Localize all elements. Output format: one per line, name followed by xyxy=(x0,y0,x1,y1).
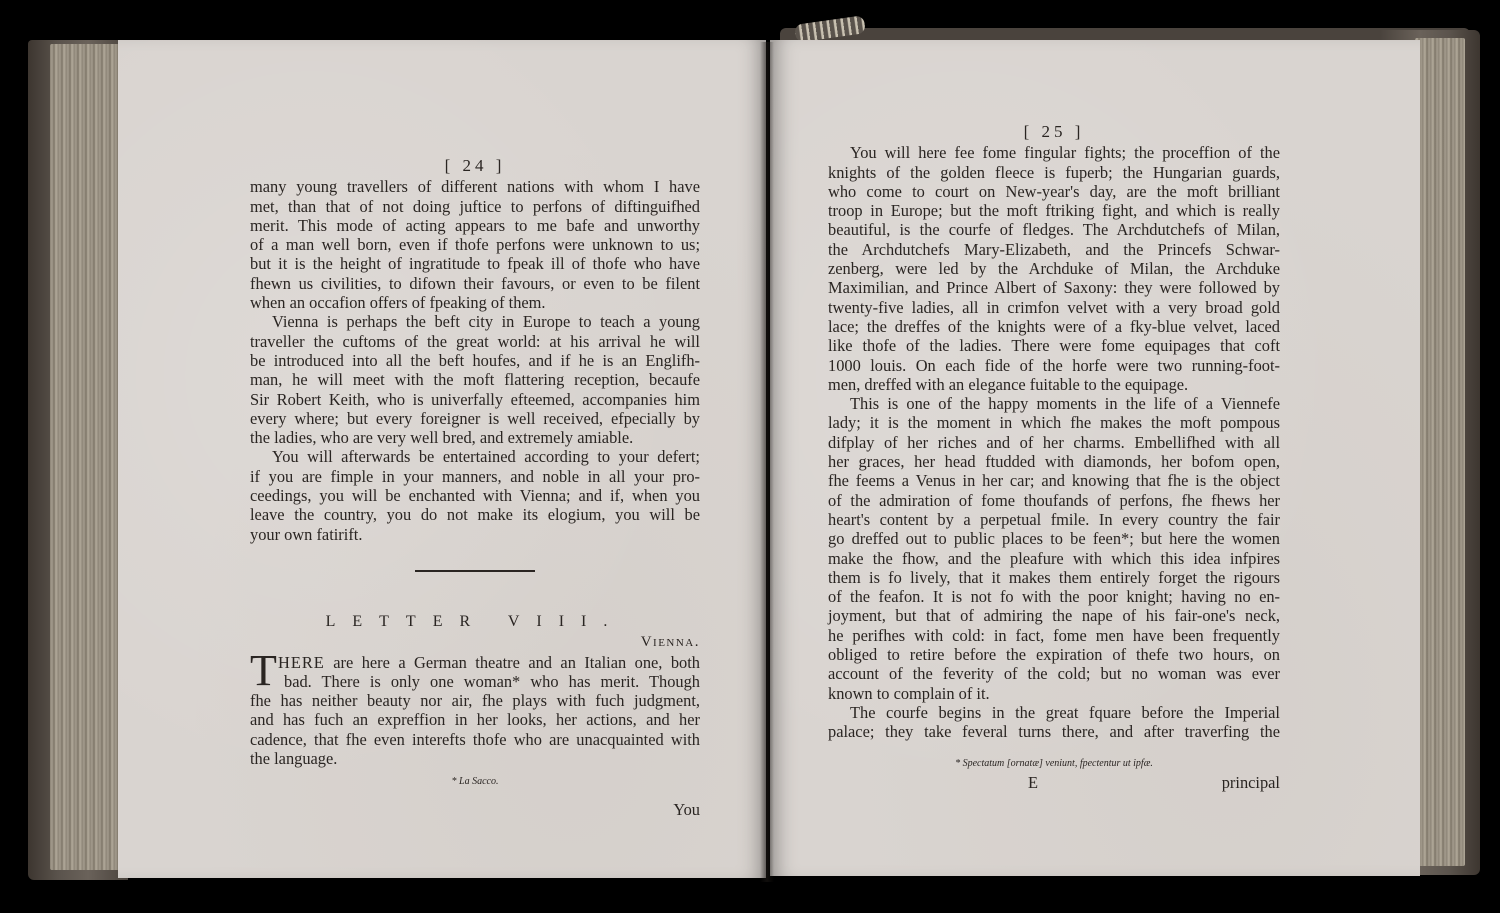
text-line: You will here fee fome fingular fights; … xyxy=(828,143,1280,162)
paragraph: You will afterwards be entertained accor… xyxy=(250,447,700,543)
text-line: difplay of her riches and of her charms.… xyxy=(828,433,1280,452)
letter-paragraph: T HERE are here a German theatre and an … xyxy=(250,653,700,769)
first-word: HERE xyxy=(278,653,325,672)
page-foot: E principal xyxy=(828,773,1280,792)
text-line: go dreffed out to public places to be fe… xyxy=(828,529,1280,548)
text-line: them is fo lively, that it makes them en… xyxy=(828,568,1280,587)
text-fragment: are here a German theatre and an Italian… xyxy=(333,653,700,672)
text-line: troop in Europe; but the moft ftriking f… xyxy=(828,201,1280,220)
text-line: lady; it is the moment in which fhe make… xyxy=(828,413,1280,432)
page-block-edge-left xyxy=(50,44,120,870)
paragraph: Vienna is perhaps the beft city in Europ… xyxy=(250,312,700,447)
text-line: lace; the dreffes of the knights were of… xyxy=(828,317,1280,336)
text-line: fhe has neither beauty nor air, fhe play… xyxy=(250,691,700,710)
left-page-text: [ 24 ] many young travellers of differen… xyxy=(250,156,700,819)
text-line: merit. This mode of acting appears to me… xyxy=(250,216,700,235)
text-line: he perifhes with cold: in fact, fome men… xyxy=(828,626,1280,645)
text-line: the ladies, who are very well bred, and … xyxy=(250,428,700,447)
text-line: 1000 louis. On each fide of the horfe we… xyxy=(828,356,1280,375)
text-line: You will afterwards be entertained accor… xyxy=(250,447,700,466)
page-number-right: [ 25 ] xyxy=(828,122,1280,141)
text-line: cadence, that fhe even interefts thofe w… xyxy=(250,730,700,749)
signature-mark: E xyxy=(1028,773,1038,792)
letter-place: Vienna. xyxy=(250,633,700,652)
text-line: traveller the cuftoms of the great world… xyxy=(250,332,700,351)
text-line: beautiful, is the courfe of fledges. The… xyxy=(828,220,1280,239)
section-divider xyxy=(415,570,535,572)
text-line: The courfe begins in the great fquare be… xyxy=(828,703,1280,722)
text-line: knights of the golden fleece is fuperb; … xyxy=(828,163,1280,182)
text-line: every where; but every foreigner is well… xyxy=(250,409,700,428)
catchword: You xyxy=(250,800,700,819)
text-line: known to complain of it. xyxy=(828,684,1280,703)
text-line: heart's content by a perpetual fmile. In… xyxy=(828,510,1280,529)
right-page: [ 25 ] You will here fee fome fingular f… xyxy=(770,40,1420,876)
page-block-edge-right xyxy=(1415,38,1465,866)
text-line: Maximilian, and Prince Albert of Saxony:… xyxy=(828,278,1280,297)
text-line: who come to court on New-year's day, are… xyxy=(828,182,1280,201)
catchword: principal xyxy=(1222,773,1280,792)
text-line: met, than that of not doing juftice to p… xyxy=(250,197,700,216)
text-line: many young travellers of different natio… xyxy=(250,177,700,196)
text-line: fhe feems a Venus in her car; and knowin… xyxy=(828,471,1280,490)
text-line: ceedings, you will be enchanted with Vie… xyxy=(250,486,700,505)
text-line: fhewn us civilities, to difown their fav… xyxy=(250,274,700,293)
page-number-left: [ 24 ] xyxy=(250,156,700,175)
text-line: the language. xyxy=(250,749,700,768)
text-line: twenty-five ladies, all in crimfon velve… xyxy=(828,298,1280,317)
text-line: obliged to retire before the expiration … xyxy=(828,645,1280,664)
paragraph: The courfe begins in the great fquare be… xyxy=(828,703,1280,742)
left-page: [ 24 ] many young travellers of differen… xyxy=(118,40,766,878)
text-line: when an occafion offers of fpeaking of t… xyxy=(250,293,700,312)
text-line: the Archdutchefs Mary-Elizabeth, and the… xyxy=(828,240,1280,259)
text-line: Vienna is perhaps the beft city in Europ… xyxy=(250,312,700,331)
text-line: HERE are here a German theatre and an It… xyxy=(250,653,700,672)
text-line: and has fuch an expreffion in her looks,… xyxy=(250,710,700,729)
text-line: of the admiration of fome thoufands of p… xyxy=(828,491,1280,510)
text-line: man, he will meet with the moft flatteri… xyxy=(250,370,700,389)
footnote: * Spectatum [ornatæ] veniunt, fpectentur… xyxy=(828,754,1280,773)
text-line: bad. There is only one woman* who has me… xyxy=(250,672,700,691)
text-line: men, dreffed with an elegance fuitable t… xyxy=(828,375,1280,394)
text-line: if you are fimple in your manners, and n… xyxy=(250,467,700,486)
paragraph: You will here fee fome fingular fights; … xyxy=(828,143,1280,394)
text-line: zenberg, were led by the Archduke of Mil… xyxy=(828,259,1280,278)
book-photo-scene: [ 24 ] many young travellers of differen… xyxy=(0,0,1500,913)
text-line: This is one of the happy moments in the … xyxy=(828,394,1280,413)
text-line: account of the feverity of the cold; but… xyxy=(828,664,1280,683)
paragraph: This is one of the happy moments in the … xyxy=(828,394,1280,703)
text-line: joyment, but that of admiring the nape o… xyxy=(828,606,1280,625)
text-line: like thofe of the ladies. There were fom… xyxy=(828,336,1280,355)
text-line: Sir Robert Keith, who is univerfally eft… xyxy=(250,390,700,409)
text-line: make the fhow, and the pleafure with whi… xyxy=(828,549,1280,568)
text-line: of a man well born, even if thofe perfon… xyxy=(250,235,700,254)
text-line: but it is the height of ingratitude to f… xyxy=(250,254,700,273)
text-line: leave the country, you do not make its e… xyxy=(250,505,700,524)
right-page-text: [ 25 ] You will here fee fome fingular f… xyxy=(828,122,1280,792)
text-line: of the feafon. It is not fo with the poo… xyxy=(828,587,1280,606)
book-gutter xyxy=(760,42,774,882)
drop-cap: T xyxy=(250,651,277,691)
text-line: your own fatirift. xyxy=(250,525,700,544)
letter-heading: LETTER VIII. xyxy=(250,612,700,631)
text-line: her graces, her head ftudded with diamon… xyxy=(828,452,1280,471)
text-line: palace; they take feveral turns there, a… xyxy=(828,722,1280,741)
paragraph: many young travellers of different natio… xyxy=(250,177,700,312)
footnote: * La Sacco. xyxy=(250,772,700,791)
text-line: be introduced into all the beft houfes, … xyxy=(250,351,700,370)
